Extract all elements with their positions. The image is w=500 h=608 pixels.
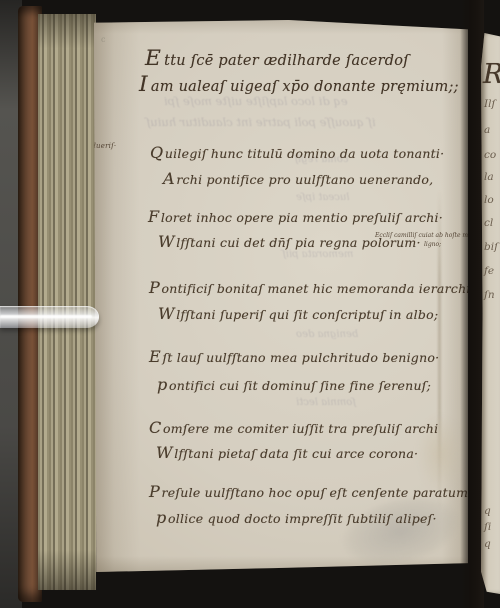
facing-edge-glyph: ſn [484,289,495,301]
facing-edge-glyph: cl [484,217,493,229]
manuscript-line: Floret inhoc opere pia mentio preſuliſ a… [148,207,443,226]
manuscript-line: Eſt lauſ uulfſtano mea pulchritudo benig… [149,347,439,366]
page-holder-tab [0,306,99,328]
showthrough-line: luceat ipſe [296,192,350,203]
facing-page-sliver: R Ilſ a co la lo cl biſ fe ſn q ſi q [481,33,500,594]
facing-edge-glyph: la [484,171,494,183]
showthrough-line: ſomnia lecti [296,397,356,408]
facing-edge-glyph: ſi [484,521,491,533]
facing-edge-glyph: a [484,124,490,136]
manuscript-line: Pontificiſ bonitaſ manet hic memoranda i… [149,278,475,297]
showthrough-line: benigna deo [296,329,358,340]
facing-edge-glyph: q [484,505,491,517]
manuscript-line: Wlfſtani ſuperiſ qui ſit conſcriptuſ in … [158,304,438,323]
manuscript-line: Comſere me comiter iuſſit tra preſuliſ a… [149,418,438,437]
pencil-mark: c [101,35,105,44]
manuscript-line: pollice quod docto impreſſit ſubtiliſ al… [156,508,437,527]
facing-edge-glyph: biſ [484,241,498,253]
right-margin-note: Eccliſ camilliſ cuiat ab hoſte ma [375,232,472,239]
facing-edge-glyph: fe [484,265,494,277]
manuscript-page: eq di loco lapſiſte uiſte moſe ſpi iſ qu… [94,20,468,572]
manuscript-line: Iam ualeaſ uigeaſ xp̄o donante pręmium;; [139,72,459,97]
facing-edge-glyph: lo [484,194,494,206]
facing-edge-glyph: co [484,149,496,161]
facing-edge-glyph: Ilſ [484,98,495,110]
facing-initial-letter: R [483,59,500,90]
facing-edge-glyph: q [484,538,491,550]
fanned-page-edges [38,14,96,590]
right-margin-note: ligno; [424,241,441,248]
manuscript-line: Quilegiſ hunc titulū domino da uota tona… [150,143,444,162]
manuscript-line: Preſule uulfſtano hoc opuſ eſt cenſente … [149,482,473,501]
gutter-shadow [460,0,484,608]
manuscript-line: Ettu ſcē pater ædilharde ſacerdoſ [145,46,409,71]
showthrough-line: iſ quouſſe poli patrie int clauditur hui… [146,115,376,129]
manuscript-line: Wlfſtani pietaſ data ſit cui arce corona… [156,443,418,462]
manuscript-line: Archi pontifice pro uulfſtano uenerando, [163,169,433,188]
manuscript-line: pontifici cui ſit dominuſ ſine fine ſere… [157,375,431,394]
